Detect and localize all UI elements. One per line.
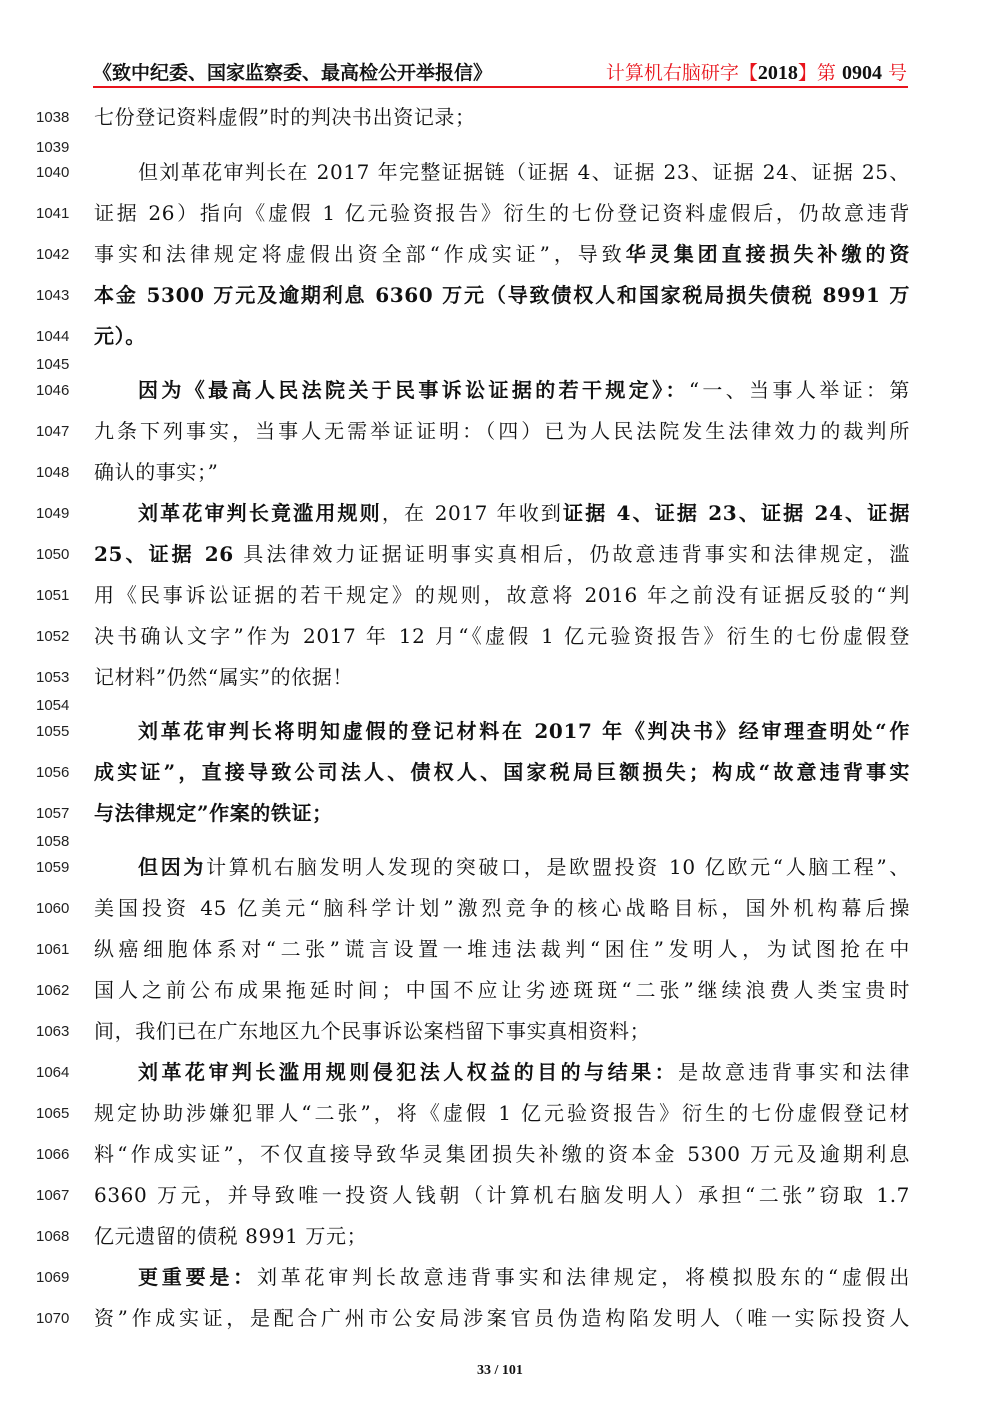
line-text: 事实和法律规定将虚假出资全部“作成实证”，导致华灵集团直接损失补缴的资 [94, 240, 910, 268]
line-number: 1067 [36, 1187, 76, 1204]
document-line: 1044元）。 [0, 322, 1000, 352]
line-number: 1039 [36, 139, 76, 156]
text-segment: ，在 2017 年收到 [382, 501, 563, 525]
document-line: 1065规定协助涉嫌犯罪人“二张”，将《虚假 1 亿元验资报告》衍生的七份虚假登… [0, 1099, 1000, 1129]
line-text: 6360 万元，并导致唯一投资人钱朝（计算机右脑发明人）承担“二张”窃取 1.7 [94, 1181, 910, 1209]
text-segment: 资”作成实证，是配合广州市公安局涉案官员伪造构陷发明人（唯一实际投资人 [94, 1306, 910, 1330]
line-number: 1053 [36, 669, 76, 686]
line-text: 刘革花审判长竟滥用规则，在 2017 年收到证据 4、证据 23、证据 24、证… [138, 499, 910, 527]
text-segment: 具法律效力证据证明事实真相后，仍故意违背事实和法律规定，滥 [234, 542, 910, 566]
bold-text-segment: 本金 5300 万元及逾期利息 6360 万元（导致债权人和国家税局损失债税 8… [94, 283, 910, 307]
text-segment: 料“作成实证”，不仅直接导致华灵集团损失补缴的资本金 5300 万元及逾期利息 [94, 1142, 910, 1166]
document-line: 1061纵癌细胞体系对“二张”谎言设置一堆违法裁判“困住”发明人，为试图抢在中 [0, 935, 1000, 965]
line-text: 国人之前公布成果拖延时间；中国不应让劣迹斑斑“二张”继续浪费人类宝贵时 [94, 976, 910, 1004]
line-text: 25、证据 26 具法律效力证据证明事实真相后，仍故意违背事实和法律规定，滥 [94, 540, 910, 568]
document-line: 1052决书确认文字”作为 2017 年 12 月“《虚假 1 亿元验资报告》衍… [0, 622, 1000, 652]
text-segment: 是故意违背事实和法律 [678, 1060, 910, 1084]
text-segment: 国人之前公布成果拖延时间；中国不应让劣迹斑斑“二张”继续浪费人类宝贵时 [94, 978, 910, 1002]
line-text: 料“作成实证”，不仅直接导致华灵集团损失补缴的资本金 5300 万元及逾期利息 [94, 1140, 910, 1168]
bold-text-segment: 刘革花审判长竟滥用规则 [138, 501, 382, 525]
line-text: 九条下列事实，当事人无需举证证明：（四）已为人民法院发生法律效力的裁判所 [94, 417, 910, 445]
line-text: 元）。 [94, 322, 910, 350]
line-text: 亿元遗留的债税 8991 万元； [94, 1222, 910, 1250]
document-line: 1060美国投资 45 亿美元“脑科学计划”激烈竞争的核心战略目标，国外机构幕后… [0, 894, 1000, 924]
document-line: 1049刘革花审判长竟滥用规则，在 2017 年收到证据 4、证据 23、证据 … [0, 499, 1000, 529]
line-number: 1068 [36, 1228, 76, 1245]
text-segment: 记材料”仍然“属实”的依据！ [94, 665, 353, 689]
line-text: 因为《最高人民法院关于民事诉讼证据的若干规定》：“一、当事人举证：第 [138, 376, 910, 404]
line-text: 用《民事诉讼证据的若干规定》的规则，故意将 2016 年之前没有证据反驳的“判 [94, 581, 910, 609]
line-text: 刘革花审判长将明知虚假的登记材料在 2017 年《判决书》经审理查明处“作 [138, 717, 910, 745]
ref-mid: 】第 [798, 62, 842, 84]
bold-text-segment: 与法律规定”作案的铁证； [94, 801, 333, 825]
line-number: 1056 [36, 764, 76, 781]
text-segment: 6360 万元，并导致唯一投资人钱朝（计算机右脑发明人）承担“二张”窃取 1.7 [94, 1183, 910, 1207]
document-line: 1062国人之前公布成果拖延时间；中国不应让劣迹斑斑“二张”继续浪费人类宝贵时 [0, 976, 1000, 1006]
document-line: 1043本金 5300 万元及逾期利息 6360 万元（导致债权人和国家税局损失… [0, 281, 1000, 311]
text-segment: 规定协助涉嫌犯罪人“二张”，将《虚假 1 亿元验资报告》衍生的七份虚假登记材 [94, 1101, 910, 1125]
bold-text-segment: 因为《最高人民法院关于民事诉讼证据的若干规定》： [138, 378, 689, 402]
line-number: 1066 [36, 1146, 76, 1163]
line-number: 1050 [36, 546, 76, 563]
line-text: 刘革花审判长滥用规则侵犯法人权益的目的与结果：是故意违背事实和法律 [138, 1058, 910, 1086]
line-text: 资”作成实证，是配合广州市公安局涉案官员伪造构陷发明人（唯一实际投资人 [94, 1304, 910, 1332]
text-segment: 间，我们已在广东地区九个民事诉讼案档留下事实真相资料； [94, 1019, 650, 1043]
document-line: 1068亿元遗留的债税 8991 万元； [0, 1222, 1000, 1252]
ref-number: 0904 [842, 62, 882, 84]
text-segment: 美国投资 45 亿美元“脑科学计划”激烈竞争的核心战略目标，国外机构幕后操 [94, 896, 910, 920]
document-header: 《致中纪委、国家监察委、最高检公开举报信》 计算机右脑研字【2018】第 090… [93, 58, 907, 88]
line-number: 1046 [36, 382, 76, 399]
header-divider [93, 86, 908, 88]
line-number: 1063 [36, 1023, 76, 1040]
line-text: 确认的事实；” [94, 458, 910, 486]
line-number: 1054 [36, 697, 76, 714]
text-segment: 事实和法律规定将虚假出资全部“作成实证”，导致 [94, 242, 626, 266]
line-number: 1038 [36, 109, 76, 126]
bold-text-segment: 刘革花审判长将明知虚假的登记材料在 2017 年《判决书》经审理查明处“作 [138, 719, 910, 743]
line-number: 1049 [36, 505, 76, 522]
document-line: 1069更重要是：刘革花审判长故意违背事实和法律规定，将模拟股东的“虚假出 [0, 1263, 1000, 1293]
document-line: 1040但刘革花审判长在 2017 年完整证据链（证据 4、证据 23、证据 2… [0, 158, 1000, 188]
line-number: 1070 [36, 1310, 76, 1327]
bold-text-segment: 华灵集团直接损失补缴的资 [626, 242, 910, 266]
text-segment: 证据 26）指向《虚假 1 亿元验资报告》衍生的七份登记资料虚假后，仍故意违背 [94, 201, 910, 225]
line-text: 本金 5300 万元及逾期利息 6360 万元（导致债权人和国家税局损失债税 8… [94, 281, 910, 309]
bold-text-segment: 25、证据 26 [94, 542, 234, 566]
bold-text-segment: 刘革花审判长滥用规则侵犯法人权益的目的与结果： [138, 1060, 678, 1084]
text-segment: 确认的事实；” [94, 460, 218, 484]
text-segment: 七份登记资料虚假”时的判决书出资记录； [94, 105, 476, 129]
document-line: 1053记材料”仍然“属实”的依据！ [0, 663, 1000, 693]
line-text: 美国投资 45 亿美元“脑科学计划”激烈竞争的核心战略目标，国外机构幕后操 [94, 894, 910, 922]
text-segment: 九条下列事实，当事人无需举证证明：（四）已为人民法院发生法律效力的裁判所 [94, 419, 910, 443]
bold-text-segment: 但因为 [138, 855, 206, 879]
line-number: 1044 [36, 328, 76, 345]
line-number: 1060 [36, 900, 76, 917]
line-number: 1069 [36, 1269, 76, 1286]
page-number: 33 / 101 [0, 1363, 1000, 1379]
document-line: 1048确认的事实；” [0, 458, 1000, 488]
text-segment: 用《民事诉讼证据的若干规定》的规则，故意将 2016 年之前没有证据反驳的“判 [94, 583, 910, 607]
document-reference-number: 计算机右脑研字【2018】第 0904 号 [606, 58, 907, 85]
bold-text-segment: 成实证”，直接导致公司法人、债权人、国家税局巨额损失；构成“故意违背事实 [94, 760, 910, 784]
document-line: 1064刘革花审判长滥用规则侵犯法人权益的目的与结果：是故意违背事实和法律 [0, 1058, 1000, 1088]
line-number: 1055 [36, 723, 76, 740]
document-line: 1051用《民事诉讼证据的若干规定》的规则，故意将 2016 年之前没有证据反驳… [0, 581, 1000, 611]
line-text: 更重要是：刘革花审判长故意违背事实和法律规定，将模拟股东的“虚假出 [138, 1263, 910, 1291]
document-line: 1063间，我们已在广东地区九个民事诉讼案档留下事实真相资料； [0, 1017, 1000, 1047]
line-number: 1052 [36, 628, 76, 645]
header-title: 《致中纪委、国家监察委、最高检公开举报信》 [93, 58, 492, 85]
line-number: 1043 [36, 287, 76, 304]
document-line: 1056成实证”，直接导致公司法人、债权人、国家税局巨额损失；构成“故意违背事实 [0, 758, 1000, 788]
text-segment: 亿元遗留的债税 8991 万元； [94, 1224, 367, 1248]
line-text: 证据 26）指向《虚假 1 亿元验资报告》衍生的七份登记资料虚假后，仍故意违背 [94, 199, 910, 227]
document-line: 1070资”作成实证，是配合广州市公安局涉案官员伪造构陷发明人（唯一实际投资人 [0, 1304, 1000, 1334]
line-number: 1045 [36, 356, 76, 373]
bold-text-segment: 更重要是： [138, 1265, 257, 1289]
document-line: 1042事实和法律规定将虚假出资全部“作成实证”，导致华灵集团直接损失补缴的资 [0, 240, 1000, 270]
document-line: 1066料“作成实证”，不仅直接导致华灵集团损失补缴的资本金 5300 万元及逾… [0, 1140, 1000, 1170]
line-text: 决书确认文字”作为 2017 年 12 月“《虚假 1 亿元验资报告》衍生的七份… [94, 622, 910, 650]
line-number: 1057 [36, 805, 76, 822]
line-text: 但因为计算机右脑发明人发现的突破口，是欧盟投资 10 亿欧元“人脑工程”、 [138, 853, 910, 881]
text-segment: 刘革花审判长故意违背事实和法律规定，将模拟股东的“虚假出 [257, 1265, 910, 1289]
text-segment: 计算机右脑发明人发现的突破口，是欧盟投资 10 亿欧元“人脑工程”、 [206, 855, 910, 879]
line-number: 1062 [36, 982, 76, 999]
bold-text-segment: 证据 4、证据 23、证据 24、证据 [563, 501, 910, 525]
line-text: 成实证”，直接导致公司法人、债权人、国家税局巨额损失；构成“故意违背事实 [94, 758, 910, 786]
line-number: 1051 [36, 587, 76, 604]
line-text: 但刘革花审判长在 2017 年完整证据链（证据 4、证据 23、证据 24、证据… [138, 158, 910, 186]
ref-suffix: 号 [882, 62, 907, 84]
line-text: 间，我们已在广东地区九个民事诉讼案档留下事实真相资料； [94, 1017, 910, 1045]
line-number: 1065 [36, 1105, 76, 1122]
line-number: 1047 [36, 423, 76, 440]
document-line: 1046因为《最高人民法院关于民事诉讼证据的若干规定》：“一、当事人举证：第 [0, 376, 1000, 406]
line-number: 1048 [36, 464, 76, 481]
document-line: 10676360 万元，并导致唯一投资人钱朝（计算机右脑发明人）承担“二张”窃取… [0, 1181, 1000, 1211]
bold-text-segment: 元）。 [94, 324, 146, 348]
line-number: 1059 [36, 859, 76, 876]
line-text: 纵癌细胞体系对“二张”谎言设置一堆违法裁判“困住”发明人，为试图抢在中 [94, 935, 910, 963]
line-number: 1061 [36, 941, 76, 958]
line-text: 七份登记资料虚假”时的判决书出资记录； [94, 103, 910, 131]
text-segment: 纵癌细胞体系对“二张”谎言设置一堆违法裁判“困住”发明人，为试图抢在中 [94, 937, 910, 961]
line-number: 1042 [36, 246, 76, 263]
line-number: 1064 [36, 1064, 76, 1081]
line-text: 与法律规定”作案的铁证； [94, 799, 910, 827]
document-line: 105025、证据 26 具法律效力证据证明事实真相后，仍故意违背事实和法律规定… [0, 540, 1000, 570]
line-number: 1040 [36, 164, 76, 181]
ref-prefix: 计算机右脑研字【 [606, 62, 758, 84]
document-line: 1055刘革花审判长将明知虚假的登记材料在 2017 年《判决书》经审理查明处“… [0, 717, 1000, 747]
line-number: 1058 [36, 833, 76, 850]
document-line: 1057与法律规定”作案的铁证； [0, 799, 1000, 829]
text-segment: “一、当事人举证：第 [689, 378, 910, 402]
line-number: 1041 [36, 205, 76, 222]
document-line: 1041证据 26）指向《虚假 1 亿元验资报告》衍生的七份登记资料虚假后，仍故… [0, 199, 1000, 229]
line-text: 记材料”仍然“属实”的依据！ [94, 663, 910, 691]
document-line: 1038七份登记资料虚假”时的判决书出资记录； [0, 103, 1000, 133]
text-segment: 但刘革花审判长在 2017 年完整证据链（证据 4、证据 23、证据 24、证据… [138, 160, 910, 184]
text-segment: 决书确认文字”作为 2017 年 12 月“《虚假 1 亿元验资报告》衍生的七份… [94, 624, 910, 648]
ref-year: 2018 [758, 62, 798, 84]
document-line: 1059但因为计算机右脑发明人发现的突破口，是欧盟投资 10 亿欧元“人脑工程”… [0, 853, 1000, 883]
document-line: 1047九条下列事实，当事人无需举证证明：（四）已为人民法院发生法律效力的裁判所 [0, 417, 1000, 447]
line-text: 规定协助涉嫌犯罪人“二张”，将《虚假 1 亿元验资报告》衍生的七份虚假登记材 [94, 1099, 910, 1127]
